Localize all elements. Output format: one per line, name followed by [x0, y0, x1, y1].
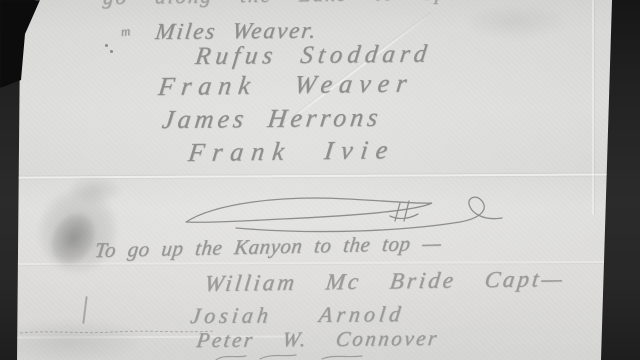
margin-mark: m	[120, 24, 131, 38]
handwritten-line: Frank Weaver	[157, 70, 415, 100]
smudge	[468, 6, 564, 38]
handwritten-line: James Herrons	[161, 105, 384, 133]
ink-speck	[105, 44, 108, 47]
smudge	[0, 320, 140, 360]
handwritten-line: Miles Weaver.	[154, 19, 319, 43]
ink-speck	[110, 50, 113, 53]
handwritten-line: Josiah Arnold	[189, 303, 406, 327]
document-scan: go along the Lake to Spanish Fork m Mile…	[0, 0, 640, 360]
handwritten-line: Rufus Stoddard	[194, 42, 433, 70]
handwritten-line: Peter W. Connover	[195, 328, 440, 351]
smudge	[68, 176, 122, 204]
handwritten-line: Frank Ivie	[187, 137, 397, 166]
manuscript-page: go along the Lake to Spanish Fork m Mile…	[0, 0, 640, 360]
flourish-divider	[178, 190, 510, 234]
handwritten-line: William Mc Bride Capt—	[203, 267, 566, 295]
fold-crease-vertical	[592, 0, 594, 215]
stray-pencil-mark	[82, 296, 87, 324]
cutoff-handwriting	[212, 353, 392, 360]
smudge	[42, 205, 104, 272]
handwritten-line: go along the Lake to Spanish Fork	[102, 0, 580, 8]
handwritten-line: To go up the Kanyon to the top —	[93, 233, 442, 261]
fold-crease-horizontal	[0, 173, 640, 178]
smudge	[28, 179, 128, 283]
faint-pencil-marks	[18, 328, 218, 336]
